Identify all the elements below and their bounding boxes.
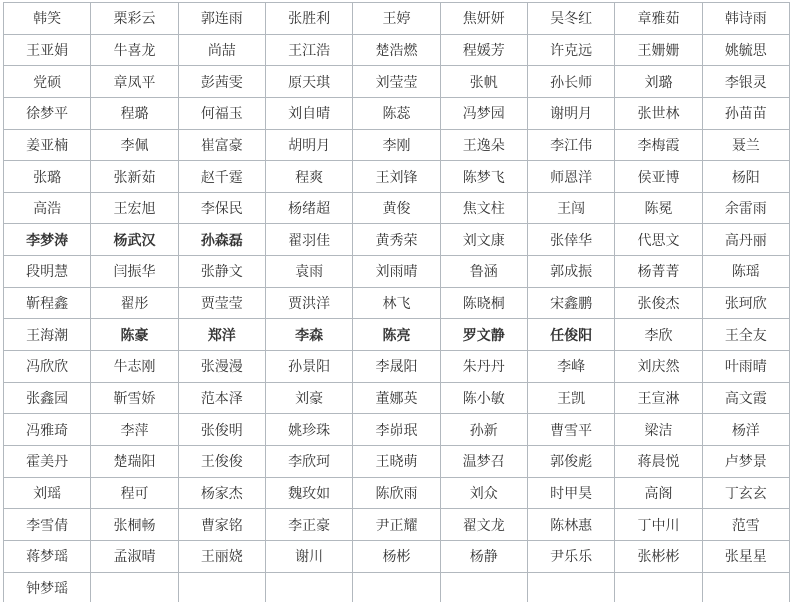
table-cell: 刘庆然 bbox=[615, 351, 702, 383]
table-cell: 杨静 bbox=[440, 540, 527, 572]
table-cell: 鲁涵 bbox=[440, 256, 527, 288]
table-cell: 杨彬 bbox=[353, 540, 440, 572]
table-cell: 卢梦景 bbox=[702, 445, 789, 477]
table-cell: 韩笑 bbox=[4, 3, 91, 35]
table-cell: 胡明月 bbox=[265, 129, 352, 161]
table-cell: 丁玄玄 bbox=[702, 477, 789, 509]
table-cell: 陈林惠 bbox=[527, 509, 614, 541]
table-cell: 冯梦园 bbox=[440, 97, 527, 129]
table-cell: 王闯 bbox=[527, 192, 614, 224]
table-cell: 孟淑晴 bbox=[91, 540, 178, 572]
table-row: 姜亚楠李佩崔富豪胡明月李刚王逸朵李江伟李梅霞聂兰 bbox=[4, 129, 790, 161]
table-cell: 贾莹莹 bbox=[178, 287, 265, 319]
table-cell: 姚珍珠 bbox=[265, 414, 352, 446]
table-cell: 罗文静 bbox=[440, 319, 527, 351]
table-cell: 张帆 bbox=[440, 66, 527, 98]
table-cell: 梁洁 bbox=[615, 414, 702, 446]
table-cell: 叶雨晴 bbox=[702, 351, 789, 383]
table-cell: 高浩 bbox=[4, 192, 91, 224]
table-cell bbox=[178, 572, 265, 602]
table-cell: 李峁珉 bbox=[353, 414, 440, 446]
table-cell: 许克远 bbox=[527, 34, 614, 66]
table-row: 党硕章凤平彭茜雯原天琪刘莹莹张帆孙长师刘璐李银灵 bbox=[4, 66, 790, 98]
table-cell: 张俊杰 bbox=[615, 287, 702, 319]
table-cell: 张珂欣 bbox=[702, 287, 789, 319]
table-cell: 王亚娟 bbox=[4, 34, 91, 66]
table-cell: 李保民 bbox=[178, 192, 265, 224]
table-cell: 谢明月 bbox=[527, 97, 614, 129]
table-cell: 楚浩燃 bbox=[353, 34, 440, 66]
table-cell: 段明慧 bbox=[4, 256, 91, 288]
table-row: 刘瑶程可杨家杰魏玫如陈欣雨刘众时甲昊高阁丁玄玄 bbox=[4, 477, 790, 509]
table-cell: 张俊明 bbox=[178, 414, 265, 446]
table-cell: 程媛芳 bbox=[440, 34, 527, 66]
table-cell: 高文霞 bbox=[702, 382, 789, 414]
table-cell: 陈小敏 bbox=[440, 382, 527, 414]
table-cell: 郭俊彪 bbox=[527, 445, 614, 477]
table-cell: 温梦召 bbox=[440, 445, 527, 477]
table-cell: 李江伟 bbox=[527, 129, 614, 161]
table-cell bbox=[265, 572, 352, 602]
table-cell: 黄秀荣 bbox=[353, 224, 440, 256]
table-cell: 翟羽佳 bbox=[265, 224, 352, 256]
table-cell: 曹家铭 bbox=[178, 509, 265, 541]
table-cell: 李刚 bbox=[353, 129, 440, 161]
table-cell: 党硕 bbox=[4, 66, 91, 98]
table-cell: 李萍 bbox=[91, 414, 178, 446]
table-row: 徐梦平程璐何福玉刘自晴陈蕊冯梦园谢明月张世林孙苗苗 bbox=[4, 97, 790, 129]
table-row: 靳程鑫翟彤贾莹莹贾洪洋林飞陈晓桐宋鑫鹏张俊杰张珂欣 bbox=[4, 287, 790, 319]
table-cell: 聂兰 bbox=[702, 129, 789, 161]
table-cell: 侯亚博 bbox=[615, 161, 702, 193]
table-cell: 刘众 bbox=[440, 477, 527, 509]
table-cell: 陈亮 bbox=[353, 319, 440, 351]
table-cell: 韩诗雨 bbox=[702, 3, 789, 35]
table-cell: 楚瑞阳 bbox=[91, 445, 178, 477]
table-row: 王海潮陈豪郑洋李森陈亮罗文静任俊阳李欣王全友 bbox=[4, 319, 790, 351]
table-cell: 栗彩云 bbox=[91, 3, 178, 35]
table-cell: 宋鑫鹏 bbox=[527, 287, 614, 319]
table-cell: 杨家杰 bbox=[178, 477, 265, 509]
table-cell: 章凤平 bbox=[91, 66, 178, 98]
table-cell: 余雷雨 bbox=[702, 192, 789, 224]
table-cell: 陈瑶 bbox=[702, 256, 789, 288]
table-cell: 曹雪平 bbox=[527, 414, 614, 446]
table-cell: 陈梦飞 bbox=[440, 161, 527, 193]
table-row: 蒋梦瑶孟淑晴王丽娆谢川杨彬杨静尹乐乐张彬彬张星星 bbox=[4, 540, 790, 572]
table-cell: 翟文龙 bbox=[440, 509, 527, 541]
table-cell: 张新茹 bbox=[91, 161, 178, 193]
table-cell: 焦妍妍 bbox=[440, 3, 527, 35]
table-cell: 王晓萌 bbox=[353, 445, 440, 477]
table-cell: 王宣淋 bbox=[615, 382, 702, 414]
table-cell: 贾洪洋 bbox=[265, 287, 352, 319]
table-cell: 王宏旭 bbox=[91, 192, 178, 224]
table-cell: 李峰 bbox=[527, 351, 614, 383]
table-cell: 冯雅琦 bbox=[4, 414, 91, 446]
table-cell: 杨洋 bbox=[702, 414, 789, 446]
table-row: 段明慧闫振华张静文袁雨刘雨晴鲁涵郭成振杨菁菁陈瑶 bbox=[4, 256, 790, 288]
table-cell: 李梅霞 bbox=[615, 129, 702, 161]
table-cell: 陈晓桐 bbox=[440, 287, 527, 319]
table-cell: 师恩洋 bbox=[527, 161, 614, 193]
table-cell: 蒋晨悦 bbox=[615, 445, 702, 477]
table-cell: 闫振华 bbox=[91, 256, 178, 288]
table-cell: 刘雨晴 bbox=[353, 256, 440, 288]
table-cell: 靳程鑫 bbox=[4, 287, 91, 319]
table-cell: 尚喆 bbox=[178, 34, 265, 66]
table-cell: 赵千霆 bbox=[178, 161, 265, 193]
table-cell: 章雅茹 bbox=[615, 3, 702, 35]
table-row: 冯雅琦李萍张俊明姚珍珠李峁珉孙新曹雪平梁洁杨洋 bbox=[4, 414, 790, 446]
table-cell: 张静文 bbox=[178, 256, 265, 288]
table-cell: 崔富豪 bbox=[178, 129, 265, 161]
table-cell: 张世林 bbox=[615, 97, 702, 129]
table-row: 张鑫园靳雪娇范本泽刘豪董娜英陈小敏王凯王宣淋高文霞 bbox=[4, 382, 790, 414]
table-cell: 刘文康 bbox=[440, 224, 527, 256]
table-cell bbox=[702, 572, 789, 602]
table-cell: 董娜英 bbox=[353, 382, 440, 414]
table-cell: 李银灵 bbox=[702, 66, 789, 98]
table-cell: 陈豪 bbox=[91, 319, 178, 351]
names-table-body: 韩笑栗彩云郭连雨张胜利王婷焦妍妍吴冬红章雅茹韩诗雨王亚娟牛喜龙尚喆王江浩楚浩燃程… bbox=[4, 3, 790, 602]
table-cell: 孙森磊 bbox=[178, 224, 265, 256]
table-cell: 魏玫如 bbox=[265, 477, 352, 509]
table-cell: 霍美丹 bbox=[4, 445, 91, 477]
table-cell: 孙长师 bbox=[527, 66, 614, 98]
table-cell bbox=[615, 572, 702, 602]
table-cell: 王姗姗 bbox=[615, 34, 702, 66]
table-row: 冯欣欣牛志刚张漫漫孙景阳李晟阳朱丹丹李峰刘庆然叶雨晴 bbox=[4, 351, 790, 383]
table-row: 王亚娟牛喜龙尚喆王江浩楚浩燃程媛芳许克远王姗姗姚毓思 bbox=[4, 34, 790, 66]
table-cell: 郭成振 bbox=[527, 256, 614, 288]
table-cell: 丁中川 bbox=[615, 509, 702, 541]
table-cell: 姜亚楠 bbox=[4, 129, 91, 161]
table-cell: 张胜利 bbox=[265, 3, 352, 35]
table-cell: 翟彤 bbox=[91, 287, 178, 319]
table-cell: 王全友 bbox=[702, 319, 789, 351]
table-cell: 程爽 bbox=[265, 161, 352, 193]
table-cell: 杨绪超 bbox=[265, 192, 352, 224]
table-cell: 林飞 bbox=[353, 287, 440, 319]
table-cell: 杨武汉 bbox=[91, 224, 178, 256]
table-cell: 李晟阳 bbox=[353, 351, 440, 383]
table-cell: 王海潮 bbox=[4, 319, 91, 351]
table-cell: 陈欣雨 bbox=[353, 477, 440, 509]
table-cell: 朱丹丹 bbox=[440, 351, 527, 383]
table-cell: 高丹丽 bbox=[702, 224, 789, 256]
table-cell: 王刘锋 bbox=[353, 161, 440, 193]
table-cell: 张彬彬 bbox=[615, 540, 702, 572]
table-cell: 李梦涛 bbox=[4, 224, 91, 256]
table-cell: 谢川 bbox=[265, 540, 352, 572]
table-cell: 王丽娆 bbox=[178, 540, 265, 572]
table-cell: 张鑫园 bbox=[4, 382, 91, 414]
table-cell: 尹乐乐 bbox=[527, 540, 614, 572]
table-cell: 张倖华 bbox=[527, 224, 614, 256]
table-cell bbox=[440, 572, 527, 602]
table-cell: 刘莹莹 bbox=[353, 66, 440, 98]
table-cell: 时甲昊 bbox=[527, 477, 614, 509]
table-row: 李雪倩张桐畅曹家铭李正豪尹正耀翟文龙陈林惠丁中川范雪 bbox=[4, 509, 790, 541]
table-row: 张璐张新茹赵千霆程爽王刘锋陈梦飞师恩洋侯亚博杨阳 bbox=[4, 161, 790, 193]
table-cell: 程可 bbox=[91, 477, 178, 509]
table-cell: 陈冕 bbox=[615, 192, 702, 224]
table-cell: 王俊俊 bbox=[178, 445, 265, 477]
table-cell: 王婷 bbox=[353, 3, 440, 35]
table-cell: 张星星 bbox=[702, 540, 789, 572]
table-cell: 程璐 bbox=[91, 97, 178, 129]
table-cell: 李森 bbox=[265, 319, 352, 351]
table-cell: 郭连雨 bbox=[178, 3, 265, 35]
table-cell bbox=[353, 572, 440, 602]
table-cell: 原天琪 bbox=[265, 66, 352, 98]
table-cell: 李雪倩 bbox=[4, 509, 91, 541]
page: 韩笑栗彩云郭连雨张胜利王婷焦妍妍吴冬红章雅茹韩诗雨王亚娟牛喜龙尚喆王江浩楚浩燃程… bbox=[0, 0, 792, 602]
table-cell: 任俊阳 bbox=[527, 319, 614, 351]
table-cell: 范雪 bbox=[702, 509, 789, 541]
table-cell: 靳雪娇 bbox=[91, 382, 178, 414]
table-cell: 杨菁菁 bbox=[615, 256, 702, 288]
table-cell bbox=[527, 572, 614, 602]
table-cell: 李欣 bbox=[615, 319, 702, 351]
table-cell: 王凯 bbox=[527, 382, 614, 414]
table-cell: 尹正耀 bbox=[353, 509, 440, 541]
table-cell: 张璐 bbox=[4, 161, 91, 193]
table-row: 霍美丹楚瑞阳王俊俊李欣珂王晓萌温梦召郭俊彪蒋晨悦卢梦景 bbox=[4, 445, 790, 477]
table-cell: 钟梦瑶 bbox=[4, 572, 91, 602]
table-cell: 蒋梦瑶 bbox=[4, 540, 91, 572]
table-cell: 张桐畅 bbox=[91, 509, 178, 541]
table-cell: 刘自晴 bbox=[265, 97, 352, 129]
table-row: 钟梦瑶 bbox=[4, 572, 790, 602]
table-cell: 彭茜雯 bbox=[178, 66, 265, 98]
table-cell: 杨阳 bbox=[702, 161, 789, 193]
table-cell: 牛志刚 bbox=[91, 351, 178, 383]
table-cell: 吴冬红 bbox=[527, 3, 614, 35]
table-cell: 高阁 bbox=[615, 477, 702, 509]
table-cell: 范本泽 bbox=[178, 382, 265, 414]
table-cell: 孙新 bbox=[440, 414, 527, 446]
table-cell: 刘璐 bbox=[615, 66, 702, 98]
table-row: 高浩王宏旭李保民杨绪超黄俊焦文柱王闯陈冕余雷雨 bbox=[4, 192, 790, 224]
table-cell: 郑洋 bbox=[178, 319, 265, 351]
table-cell: 牛喜龙 bbox=[91, 34, 178, 66]
table-cell: 刘瑶 bbox=[4, 477, 91, 509]
table-cell: 李正豪 bbox=[265, 509, 352, 541]
table-row: 李梦涛杨武汉孙森磊翟羽佳黄秀荣刘文康张倖华代思文高丹丽 bbox=[4, 224, 790, 256]
table-cell: 徐梦平 bbox=[4, 97, 91, 129]
table-cell: 孙苗苗 bbox=[702, 97, 789, 129]
table-cell: 李佩 bbox=[91, 129, 178, 161]
table-cell: 黄俊 bbox=[353, 192, 440, 224]
table-cell: 冯欣欣 bbox=[4, 351, 91, 383]
table-cell: 代思文 bbox=[615, 224, 702, 256]
table-cell: 何福玉 bbox=[178, 97, 265, 129]
table-cell: 焦文柱 bbox=[440, 192, 527, 224]
table-cell: 袁雨 bbox=[265, 256, 352, 288]
table-cell: 李欣珂 bbox=[265, 445, 352, 477]
table-cell: 王江浩 bbox=[265, 34, 352, 66]
table-cell: 刘豪 bbox=[265, 382, 352, 414]
table-cell: 张漫漫 bbox=[178, 351, 265, 383]
table-row: 韩笑栗彩云郭连雨张胜利王婷焦妍妍吴冬红章雅茹韩诗雨 bbox=[4, 3, 790, 35]
table-cell: 姚毓思 bbox=[702, 34, 789, 66]
table-cell: 孙景阳 bbox=[265, 351, 352, 383]
table-cell: 陈蕊 bbox=[353, 97, 440, 129]
table-cell bbox=[91, 572, 178, 602]
table-cell: 王逸朵 bbox=[440, 129, 527, 161]
names-table: 韩笑栗彩云郭连雨张胜利王婷焦妍妍吴冬红章雅茹韩诗雨王亚娟牛喜龙尚喆王江浩楚浩燃程… bbox=[3, 2, 790, 602]
